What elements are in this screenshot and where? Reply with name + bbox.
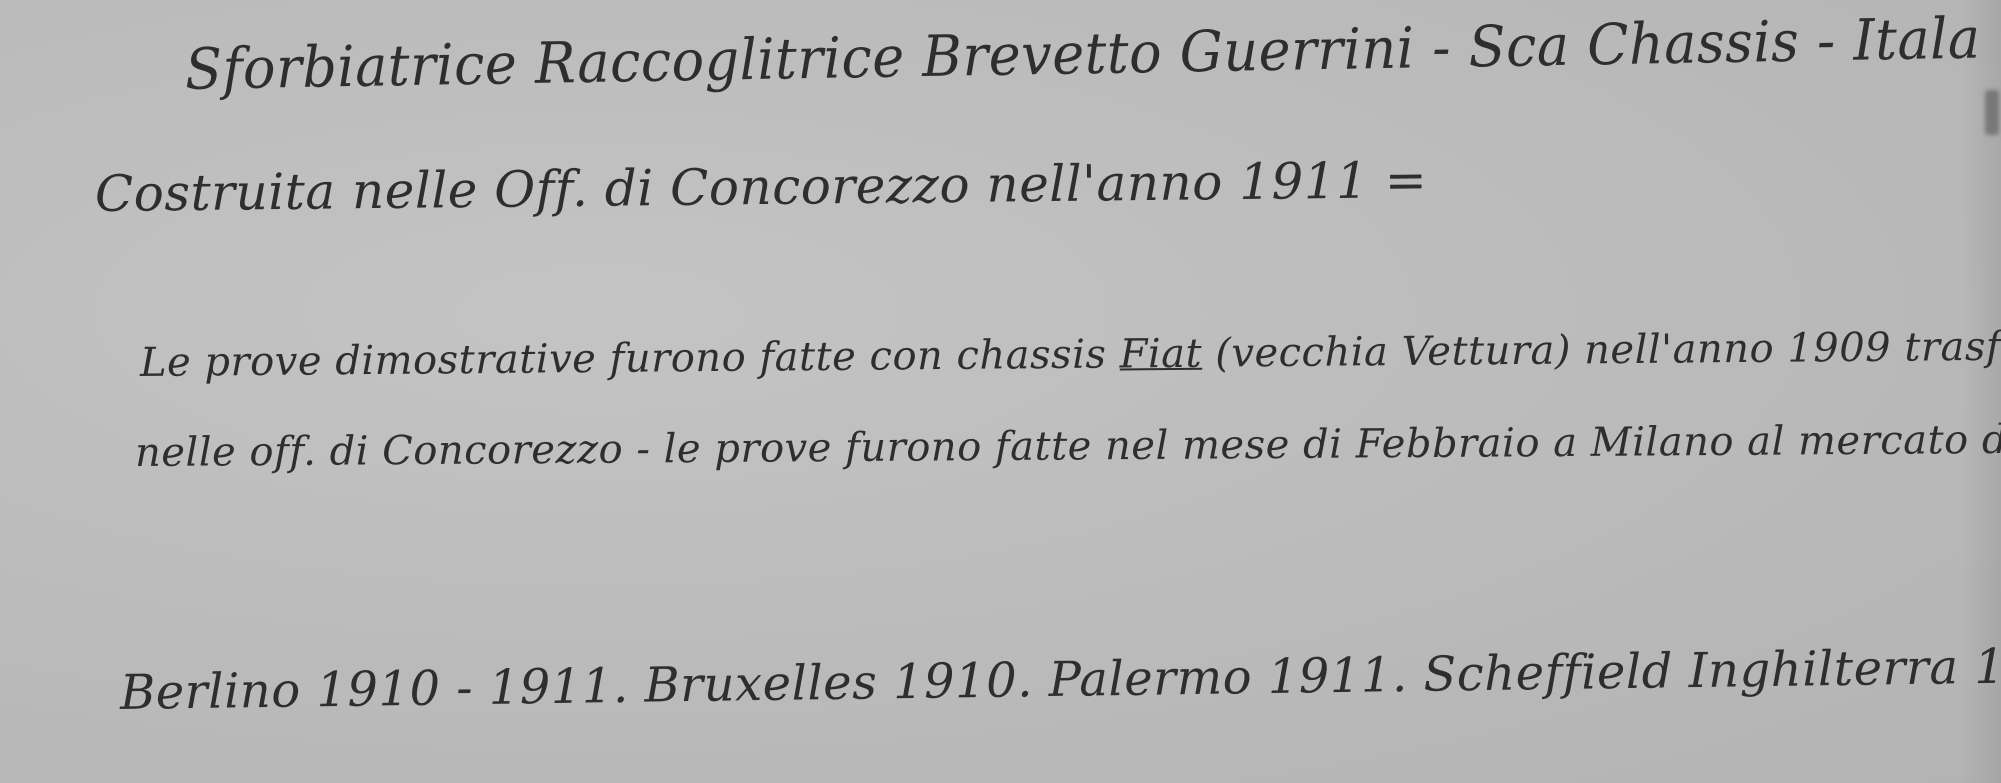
ink-smudge xyxy=(1985,90,1999,135)
paragraph-line-1-end: (vecchia Vettura) nell'anno 1909 trasfor… xyxy=(1202,322,2001,376)
paragraph-line-1-start: Le prove dimostrative furono fatte con c… xyxy=(140,331,1120,386)
brand-fiat: Fiat xyxy=(1119,331,1202,378)
